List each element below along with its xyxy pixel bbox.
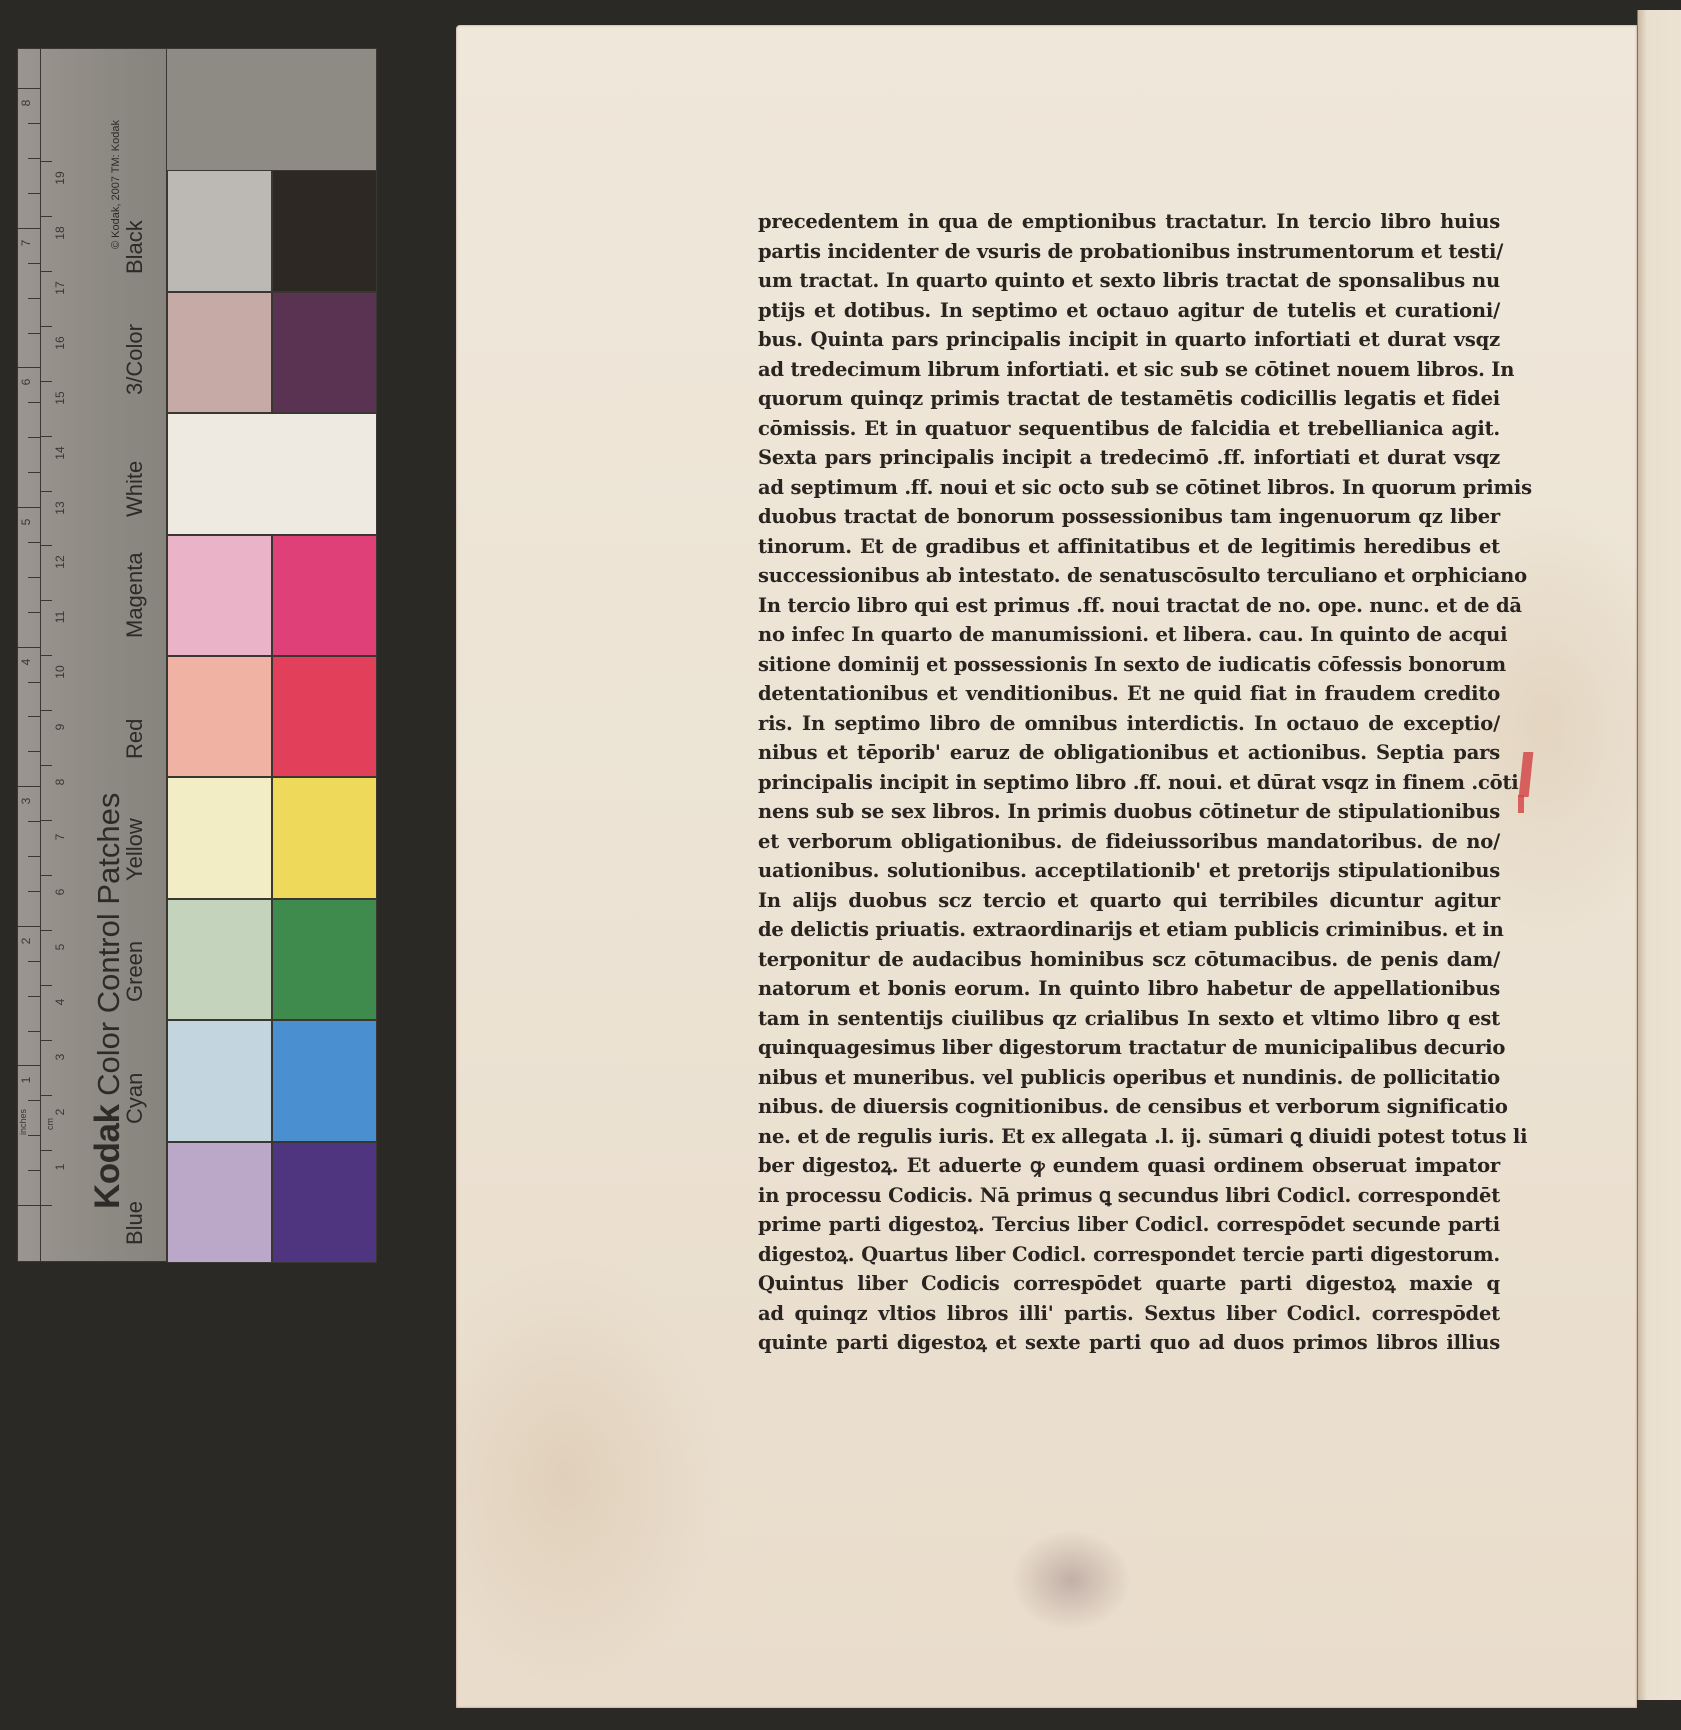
ruler-tick-cm (40, 545, 52, 546)
text-line: no infec In quarto de manumissioni. et l… (758, 620, 1500, 650)
color-patch-yellow-light (167, 777, 272, 898)
color-patch-red-dark (272, 656, 377, 777)
patch-label: Red (122, 719, 148, 759)
ruler-tick-cm (40, 765, 52, 766)
ruler-tick-inch (28, 1100, 40, 1101)
text-line: quinte parti digestoꝝ et sexte parti quo… (758, 1328, 1500, 1358)
text-line: nibus et tēporib' earuz de obligationibu… (758, 738, 1500, 768)
ruler-unit-inches: inches (18, 1109, 28, 1135)
ruler-cm-label: 14 (53, 441, 67, 465)
ruler-tick-cm (40, 271, 52, 272)
ruler-tick-cm (40, 381, 52, 382)
ruler-tick-cm (40, 600, 52, 601)
text-line: partis incidenter de vsuris de probation… (758, 237, 1500, 267)
text-line: ptijs et dotibus. In septimo et octauo a… (758, 296, 1500, 326)
text-line: In tercio libro qui est primus .ff. noui… (758, 591, 1500, 621)
facing-page-edge (1637, 10, 1681, 1700)
ruler-cm-label: 9 (53, 715, 67, 739)
text-line: precedentem in qua de emptionibus tracta… (758, 207, 1500, 237)
kodak-color-target: 1234567812345678910111213141516171819 in… (17, 48, 377, 1262)
ruler-tick-cm (40, 1040, 52, 1041)
color-patch-black-dark (272, 170, 377, 291)
ruler-cm-label: 3 (53, 1045, 67, 1069)
ruler-tick-inch (28, 193, 40, 194)
ruler-cm-label: 18 (53, 221, 67, 245)
printed-text-block: precedentem in qua de emptionibus tracta… (758, 207, 1500, 1358)
ruler-tick-cm (40, 326, 52, 327)
color-patch-magenta-dark (272, 535, 377, 656)
ruler-inch-label: 8 (19, 91, 33, 115)
text-line: duobus tractat de bonorum possessionibus… (758, 502, 1500, 532)
ruler-tick-inch (18, 1065, 40, 1066)
text-line: et verborum obligationibus. de fideiusso… (758, 827, 1500, 857)
text-line: natorum et bonis eorum. In quinto libro … (758, 974, 1500, 1004)
ruler-tick-cm (40, 985, 52, 986)
ruler-tick-inch (18, 507, 40, 508)
text-line: ber digestoꝝ. Et aduerte ꝙ eundem quasi … (758, 1151, 1500, 1181)
text-line: nibus. de diuersis cognitionibus. de cen… (758, 1092, 1500, 1122)
ruler-inch-label: 5 (19, 510, 33, 534)
ruler-tick-cm (40, 436, 52, 437)
ruler-tick-inch (28, 821, 40, 822)
text-line: ad septimum .ff. noui et sic octo sub se… (758, 473, 1500, 503)
ruler-cm-label: 2 (53, 1100, 67, 1124)
text-line: digestoꝝ. Quartus liber Codicl. correspo… (758, 1240, 1500, 1270)
text-line: terponitur de audacibus hominibus scz cō… (758, 945, 1500, 975)
text-line: ne. et de regulis iuris. Et ex allegata … (758, 1122, 1500, 1152)
ruler-tick-inch (18, 647, 40, 648)
text-line: um tractat. In quarto quinto et sexto li… (758, 266, 1500, 296)
color-patch-cyan-light (167, 1020, 272, 1141)
ruler-tick-inch (18, 88, 40, 89)
text-line: sitione dominij et possessionis In sexto… (758, 650, 1500, 680)
ruler-cm-label: 11 (53, 605, 67, 629)
text-line: uationibus. solutionibus. acceptilationi… (758, 856, 1500, 886)
ruler-tick-inch (28, 1031, 40, 1032)
color-patch-blue-light (167, 1142, 272, 1263)
patch-label: Yellow (122, 818, 148, 881)
ruler-tick-inch (18, 228, 40, 229)
ruler-tick-inch (28, 158, 40, 159)
text-line: nibus et muneribus. vel publicis operibu… (758, 1063, 1500, 1093)
ruler-inch-label: 7 (19, 231, 33, 255)
ruler-tick-inch (28, 961, 40, 962)
ruler-tick-cm (40, 161, 52, 162)
color-patch-black-light (167, 170, 272, 291)
text-line: detentationibus et venditionibus. Et ne … (758, 679, 1500, 709)
text-line: in processu Codicis. Nā primus ꝗ secundu… (758, 1181, 1500, 1211)
ruler-tick-inch (28, 1135, 40, 1136)
ruler-tick-inch (28, 333, 40, 334)
ruler-inch-label: 1 (19, 1068, 33, 1092)
ruler-cm-label: 6 (53, 880, 67, 904)
ruler-tick-inch (18, 786, 40, 787)
ruler-inch-label: 3 (19, 789, 33, 813)
text-line: quinquagesimus liber digestorum tractatu… (758, 1033, 1500, 1063)
text-line: cōmissis. Et in quatuor sequentibus de f… (758, 414, 1500, 444)
color-patch-white (167, 413, 377, 534)
patch-label: White (122, 460, 148, 516)
text-line: principalis incipit in septimo libro .ff… (758, 768, 1500, 798)
text-line: tam in sententijs ciuilibus qz crialibus… (758, 1004, 1500, 1034)
ruler-tick-cm (40, 930, 52, 931)
ruler-cm-label: 16 (53, 331, 67, 355)
ruler-unit-cm: cm (45, 1118, 55, 1130)
ruler-tick-inch (18, 1205, 40, 1206)
ruler-tick-inch (28, 856, 40, 857)
ruler-tick-cm (40, 820, 52, 821)
ruler-tick-cm (40, 1095, 52, 1096)
ruler-tick-inch (28, 1170, 40, 1171)
ruler-cm-label: 7 (53, 825, 67, 849)
ruler-tick-inch (28, 263, 40, 264)
text-line: bus. Quinta pars principalis incipit in … (758, 325, 1500, 355)
ruler-tick-inch (18, 367, 40, 368)
ruler-tick-inch (28, 996, 40, 997)
color-patch-magenta-light (167, 535, 272, 656)
ruler-cm-label: 8 (53, 770, 67, 794)
ruler-tick-inch (28, 542, 40, 543)
ruler-cm-label: 15 (53, 386, 67, 410)
ruler-tick-inch (28, 716, 40, 717)
ruler-cm-label: 19 (53, 166, 67, 190)
ruler-tick-inch (28, 402, 40, 403)
copyright-text: © Kodak, 2007 TM: Kodak (110, 120, 122, 249)
patch-label: 3/Color (122, 324, 148, 395)
ruler-cm-label: 17 (53, 276, 67, 300)
color-patch-green-light (167, 899, 272, 1020)
text-line: quorum quinqz primis tractat de testamēt… (758, 384, 1500, 414)
ruler-inch-label: 4 (19, 650, 33, 674)
patch-label: Black (122, 220, 148, 274)
title-rest: Color Control Patches (91, 793, 126, 1096)
ruler-tick-cm (40, 710, 52, 711)
ruler-tick-cm (40, 1205, 52, 1206)
patch-label: Blue (122, 1201, 148, 1245)
text-line: nens sub se sex libros. In primis duobus… (758, 797, 1500, 827)
color-patch-3-color-light (167, 292, 272, 413)
color-patch-green-dark (272, 899, 377, 1020)
ruler-tick-inch (28, 123, 40, 124)
ruler-tick-inch (28, 891, 40, 892)
ruler-tick-inch (28, 472, 40, 473)
text-line: successionibus ab intestato. de senatusc… (758, 561, 1500, 591)
ruler-inch-label: 2 (19, 929, 33, 953)
color-patch-cyan-dark (272, 1020, 377, 1141)
text-line: ad quinqz vltios libros illi' partis. Se… (758, 1299, 1500, 1329)
ruler-tick-inch (28, 437, 40, 438)
ruler-inch-label: 6 (19, 370, 33, 394)
text-line: de delictis priuatis. extraordinarijs et… (758, 915, 1500, 945)
ruler-tick-cm (40, 655, 52, 656)
ruler-tick-inch (28, 577, 40, 578)
ruler-tick-cm (40, 216, 52, 217)
text-line: tinorum. Et de gradibus et affinitatibus… (758, 532, 1500, 562)
ruler-tick-cm (40, 1150, 52, 1151)
text-line: ad tredecimum librum infortiati. et sic … (758, 355, 1500, 385)
ruler-cm-label: 10 (53, 660, 67, 684)
color-patch-3-color-dark (272, 292, 377, 413)
color-patch-yellow-dark (272, 777, 377, 898)
ruler-tick-cm (40, 875, 52, 876)
text-line: ris. In septimo libro de omnibus interdi… (758, 709, 1500, 739)
ruler-tick-inch (28, 298, 40, 299)
ruler-cm-label: 1 (53, 1155, 67, 1179)
ruler-tick-inch (28, 682, 40, 683)
red-margin-mark (1518, 795, 1524, 813)
ruler-cm-label: 12 (53, 550, 67, 574)
ruler-cm-label: 4 (53, 990, 67, 1014)
ruler-cm-label: 13 (53, 496, 67, 520)
text-line: Quintus liber Codicis correspōdet quarte… (758, 1269, 1500, 1299)
patch-label: Green (122, 941, 148, 1002)
text-line: In alijs duobus scz tercio et quarto qui… (758, 886, 1500, 916)
ruler-tick-cm (40, 491, 52, 492)
ruler-tick-inch (18, 926, 40, 927)
text-line: prime parti digestoꝝ. Tercius liber Codi… (758, 1210, 1500, 1240)
target-label-area: 1234567812345678910111213141516171819 in… (18, 49, 167, 1261)
color-patch-blue-dark (272, 1142, 377, 1263)
text-line: Sexta pars principalis incipit a tredeci… (758, 443, 1500, 473)
patch-label: Magenta (122, 552, 148, 638)
color-patch-red-light (167, 656, 272, 777)
ruler-tick-inch (28, 612, 40, 613)
ruler-cm-label: 5 (53, 935, 67, 959)
ruler-tick-inch (28, 751, 40, 752)
patch-label: Cyan (122, 1072, 148, 1123)
